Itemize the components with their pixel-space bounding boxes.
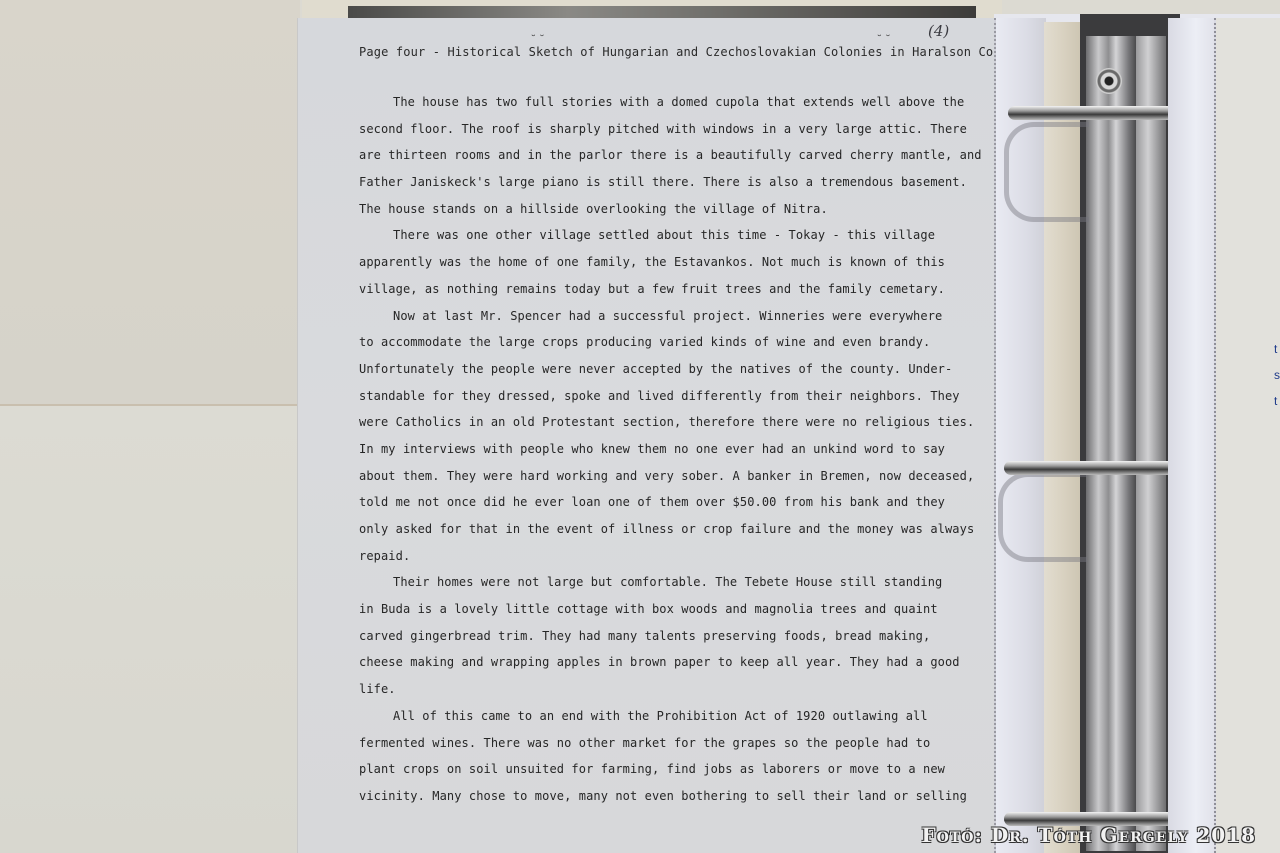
- text-line: All of this came to an end with the Proh…: [359, 703, 979, 730]
- text-line: about them. They were hard working and v…: [359, 463, 979, 490]
- text-line: repaid.: [359, 543, 979, 570]
- text-line: in Buda is a lovely little cottage with …: [359, 596, 979, 623]
- text-line: vicinity. Many chose to move, many not e…: [359, 783, 979, 810]
- ring-shadow-middle: [998, 472, 1087, 562]
- text-line: told me not once did he ever loan one of…: [359, 489, 979, 516]
- ring-shadow-top: [1004, 122, 1089, 222]
- text-line: Father Janiskeck's large piano is still …: [359, 169, 979, 196]
- text-line: standable for they dressed, spoke and li…: [359, 383, 979, 410]
- text-line: cheese making and wrapping apples in bro…: [359, 649, 979, 676]
- right-page-text-fragment: t: [1274, 394, 1277, 408]
- photo-credit-watermark: Fotó: Dr. Tóth Gergely 2018: [921, 823, 1256, 847]
- text-line: Their homes were not large but comfortab…: [359, 569, 979, 596]
- page-number-mark: (4): [928, 22, 949, 40]
- text-line: plant crops on soil unsuited for farming…: [359, 756, 979, 783]
- text-line: village, as nothing remains today but a …: [359, 276, 979, 303]
- folded-paper-upper: [0, 0, 300, 405]
- text-line: only asked for that in the event of illn…: [359, 516, 979, 543]
- text-line: second floor. The roof is sharply pitche…: [359, 116, 979, 143]
- plastic-sleeve-right: [1168, 18, 1216, 853]
- text-line: There was one other village settled abou…: [359, 222, 979, 249]
- text-line: are thirteen rooms and in the parlor the…: [359, 142, 979, 169]
- text-line: In my interviews with people who knew th…: [359, 436, 979, 463]
- text-line: carved gingerbread trim. They had many t…: [359, 623, 979, 650]
- text-line: to accommodate the large crops producing…: [359, 329, 979, 356]
- text-line: life.: [359, 676, 979, 703]
- text-line: Now at last Mr. Spencer had a successful…: [359, 303, 979, 330]
- text-line: Unfortunately the people were never acce…: [359, 356, 979, 383]
- binder-ring-middle[interactable]: [1004, 461, 1194, 475]
- text-line: fermented wines. There was no other mark…: [359, 730, 979, 757]
- ring-mechanism-bar-side: [1136, 36, 1166, 851]
- ring-mechanism-bar: [1086, 36, 1136, 851]
- text-line: The house stands on a hillside overlooki…: [359, 196, 979, 223]
- page-heading: Page four - Historical Sketch of Hungari…: [359, 45, 1023, 59]
- typed-document-page: (4) ˘˘ ˘˘ Page four - Historical Sketch …: [298, 18, 994, 853]
- rivet-icon: [1096, 68, 1122, 94]
- right-page-text-fragment: s: [1274, 368, 1280, 382]
- right-page-edge: t s t: [1216, 18, 1280, 853]
- text-line: apparently was the home of one family, t…: [359, 249, 979, 276]
- text-line: The house has two full stories with a do…: [359, 89, 979, 116]
- right-page-text-fragment: t: [1274, 342, 1277, 356]
- text-line: were Catholics in an old Protestant sect…: [359, 409, 979, 436]
- folded-paper-lower: [0, 406, 300, 853]
- page-body: The house has two full stories with a do…: [359, 89, 979, 810]
